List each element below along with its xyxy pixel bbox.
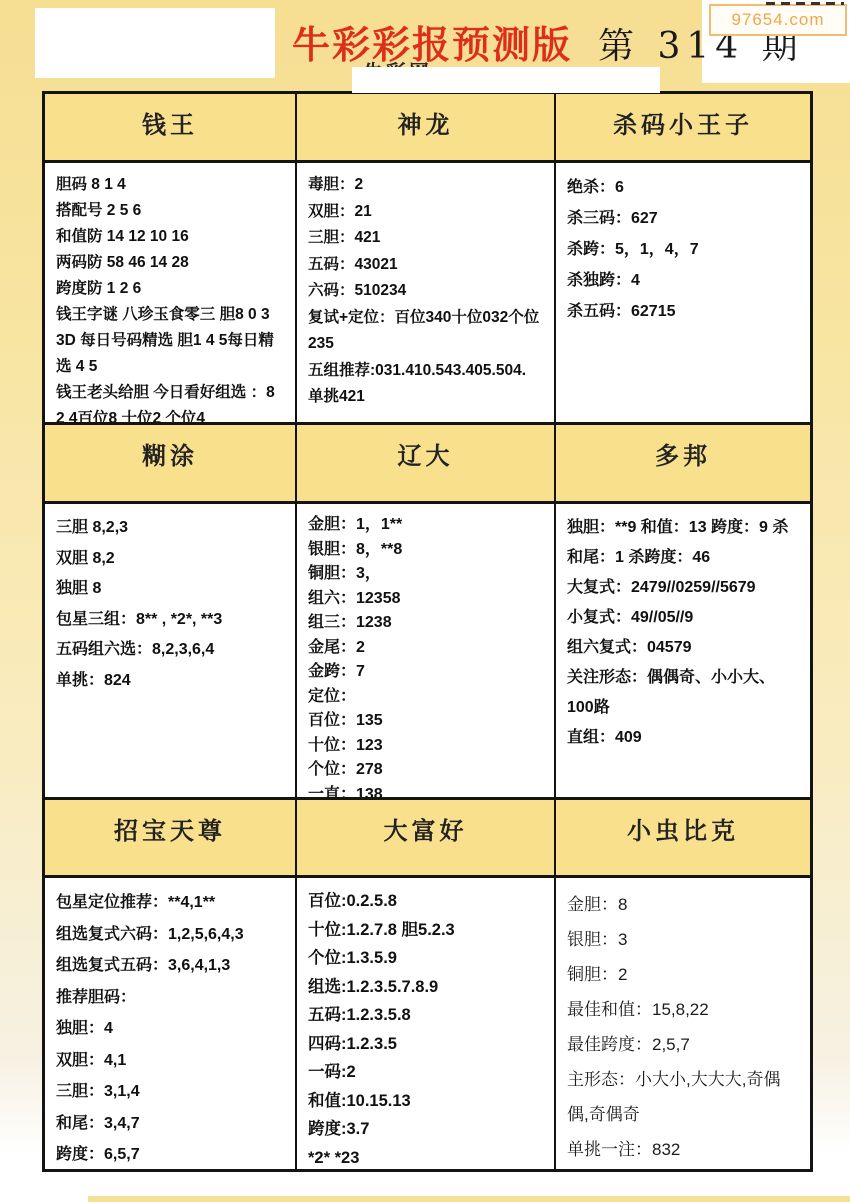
prediction-line: 组选复式六码：1,2,5,6,4,3 — [56, 919, 286, 951]
prediction-line: 组三：1238 — [308, 611, 545, 636]
prediction-line: 银胆：8，**8 — [308, 538, 545, 563]
prediction-line: 和值防 14 12 10 16 — [56, 224, 286, 250]
prediction-line: *2* *23 — [308, 1144, 545, 1170]
prediction-table: 钱王 神龙 杀码小王子 胆码 8 1 4搭配号 2 5 6和值防 14 12 1… — [42, 91, 813, 1172]
prediction-line: 铜胆：2 — [567, 957, 801, 992]
prediction-line: 十位：123 — [308, 734, 545, 759]
predictor-title: 糊涂 — [142, 436, 198, 471]
prediction-line: 金跨：7 — [308, 660, 545, 685]
prediction-line: 杀五码：62715 — [567, 296, 801, 327]
predictor-title: 小虫比克 — [627, 811, 739, 846]
prediction-line: 一直：138 — [308, 783, 545, 801]
prediction-line: 单挑：824 — [56, 666, 286, 697]
prediction-line: 百位：135 — [308, 709, 545, 734]
prediction-line: 金胆：8 — [567, 887, 801, 922]
predictor-title: 大富好 — [384, 811, 468, 846]
prediction-line: 银胆：3 — [567, 922, 801, 957]
prediction-line: 五组推荐:031.410.543.405.504. — [308, 358, 545, 385]
predictor-cell-liaoda: 金胆：1，1**银胆：8，**8铜胆：3，组六：12358组三：1238金尾：2… — [297, 504, 556, 800]
prediction-line: 组选:1.2.3.5.7.8.9 — [308, 973, 545, 1002]
predictor-cell-zhaobao-tianzun: 包星定位推荐：**4,1**组选复式六码：1,2,5,6,4,3组选复式五码：3… — [45, 878, 297, 1169]
predictor-header-qianwang: 钱王 — [45, 94, 297, 163]
predictor-cell-dafuhao: 百位:0.2.5.8十位:1.2.7.8 胆5.2.3个位:1.3.5.9组选:… — [297, 878, 556, 1169]
prediction-line: 最佳和值：15,8,22 — [567, 992, 801, 1027]
prediction-line: 小复式：49//05//9 — [567, 603, 801, 633]
prediction-line: 独胆：4 — [56, 1013, 286, 1045]
prediction-line: 搭配号 2 5 6 — [56, 198, 286, 224]
prediction-line: 五码：43021 — [308, 252, 545, 279]
prediction-line: 和尾：3,4,7 — [56, 1108, 286, 1140]
prediction-line: 胆码 8 1 4 — [56, 172, 286, 198]
predictor-header-shenlong: 神龙 — [297, 94, 556, 163]
prediction-line: 金尾：2 — [308, 636, 545, 661]
prediction-line: 钱王字谜 八珍玉食零三 胆8 0 3 — [56, 302, 286, 328]
predictor-title: 辽大 — [398, 436, 454, 471]
prediction-line: 推荐胆码： — [56, 982, 286, 1014]
prediction-line: 百位:0.2.5.8 — [308, 887, 545, 916]
prediction-line: 双胆：21 — [308, 199, 545, 226]
prediction-line: 跨度:3.7 — [308, 1115, 545, 1144]
prediction-line: 四码:1.2.3.5 — [308, 1030, 545, 1059]
predictor-cell-xiaochong-bike: 金胆：8银胆：3铜胆：2最佳和值：15,8,22最佳跨度：2,5,7主形态：小大… — [556, 878, 810, 1169]
prediction-line: 金胆：1，1** — [308, 513, 545, 538]
prediction-line: 复试+定位：百位340十位032个位235 — [308, 305, 545, 358]
predictor-title: 钱王 — [142, 105, 198, 140]
prediction-line: 绝杀：6 — [567, 172, 801, 203]
prediction-line: 独胆：**9 和值：13 跨度：9 杀和尾：1 杀跨度：46 — [567, 513, 801, 573]
predictor-header-zhaobao-tianzun: 招宝天尊 — [45, 800, 297, 878]
prediction-line: 包星定位推荐：**4,1** — [56, 887, 286, 919]
watermark-badge: 97654.com — [709, 4, 847, 36]
prediction-line: 和值:10.15.13 — [308, 1087, 545, 1116]
predictor-cell-duobang: 独胆：**9 和值：13 跨度：9 杀和尾：1 杀跨度：46大复式：2479//… — [556, 504, 810, 800]
prediction-line: 主形态：小大小,大大大,奇偶偶,奇偶奇 — [567, 1062, 801, 1132]
prediction-line: 独胆 8 — [56, 574, 286, 605]
prediction-line: 直组：409 — [567, 723, 801, 753]
prediction-line: 大复式：2479//0259//5679 — [567, 573, 801, 603]
prediction-line: 钱王老头给胆 今日看好组选 ：8 2 4百位8 十位2 个位4 — [56, 380, 286, 425]
prediction-line: 双胆 8,2 — [56, 544, 286, 575]
cropped-text-marks — [766, 2, 844, 5]
bottom-yellow-strip — [88, 1196, 850, 1202]
prediction-line: 跨度：6,5,7 — [56, 1139, 286, 1169]
predictor-header-shama-xiaowangzi: 杀码小王子 — [556, 94, 810, 163]
prediction-line: 最佳跨度：2,5,7 — [567, 1027, 801, 1062]
prediction-line: 个位:1.3.5.9 — [308, 944, 545, 973]
prediction-line: 杀跨：5，1，4，7 — [567, 234, 801, 265]
prediction-line: 三胆：3,1,4 — [56, 1076, 286, 1108]
predictor-header-dafuhao: 大富好 — [297, 800, 556, 878]
white-cover-box-center — [352, 67, 660, 93]
predictor-cell-qianwang: 胆码 8 1 4搭配号 2 5 6和值防 14 12 10 16两码防 58 4… — [45, 163, 297, 425]
predictor-cell-shama-xiaowangzi: 绝杀：6杀三码：627杀跨：5，1，4，7杀独跨：4杀五码：62715 — [556, 163, 810, 425]
predictor-header-hutu: 糊涂 — [45, 425, 297, 504]
watermark-text: 97654.com — [731, 10, 824, 30]
prediction-line: 三胆：421 — [308, 225, 545, 252]
prediction-line: 个位：278 — [308, 758, 545, 783]
prediction-line: 定位： — [308, 685, 545, 710]
predictor-title: 多邦 — [655, 436, 711, 471]
prediction-line: 杀独跨：4 — [567, 265, 801, 296]
prediction-line: 包星三组：8** , *2*, **3 — [56, 605, 286, 636]
prediction-line: 毒胆：2 — [308, 172, 545, 199]
prediction-line: 组六复式：04579 — [567, 633, 801, 663]
prediction-line: 双胆：4,1 — [56, 1045, 286, 1077]
prediction-line: 组选复式五码：3,6,4,1,3 — [56, 950, 286, 982]
predictor-header-duobang: 多邦 — [556, 425, 810, 504]
prediction-line: 关注形态：偶偶奇、小小大、100路 — [567, 663, 801, 723]
white-cover-box-top-left — [35, 8, 275, 78]
prediction-line: 两码防 58 46 14 28 — [56, 250, 286, 276]
prediction-line: 一码:2 — [308, 1058, 545, 1087]
predictor-title: 杀码小王子 — [613, 105, 753, 140]
predictor-title: 招宝天尊 — [114, 811, 226, 846]
prediction-line: 杀三码：627 — [567, 203, 801, 234]
page-title-red: 牛彩彩报预测版 — [292, 25, 572, 67]
prediction-line: 单挑一注：832 — [567, 1132, 801, 1167]
predictor-title: 神龙 — [398, 105, 454, 140]
predictor-header-xiaochong-bike: 小虫比克 — [556, 800, 810, 878]
prediction-line: 十位:1.2.7.8 胆5.2.3 — [308, 916, 545, 945]
predictor-cell-hutu: 三胆 8,2,3双胆 8,2独胆 8包星三组：8** , *2*, **3五码组… — [45, 504, 297, 800]
prediction-line: 单挑421 — [308, 384, 545, 411]
prediction-line: 跨度防 1 2 6 — [56, 276, 286, 302]
prediction-line: 五码:1.2.3.5.8 — [308, 1001, 545, 1030]
prediction-line: 3D 每日号码精选 胆1 4 5每日精选 4 5 — [56, 328, 286, 380]
prediction-line: 三胆 8,2,3 — [56, 513, 286, 544]
predictor-header-liaoda: 辽大 — [297, 425, 556, 504]
predictor-cell-shenlong: 毒胆：2双胆：21三胆：421五码：43021六码：510234复试+定位：百位… — [297, 163, 556, 425]
prediction-line: 六码：510234 — [308, 278, 545, 305]
prediction-line: 组六：12358 — [308, 587, 545, 612]
prediction-line: 五码组六选：8,2,3,6,4 — [56, 635, 286, 666]
prediction-line: 铜胆：3， — [308, 562, 545, 587]
